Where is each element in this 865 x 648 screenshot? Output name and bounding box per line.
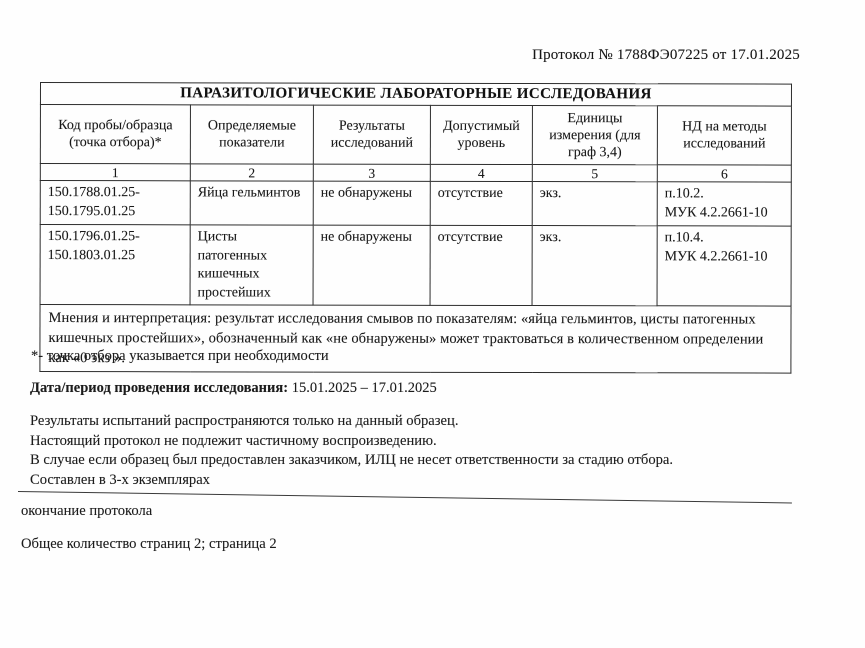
col-num-3: 3 (313, 164, 430, 181)
col-header-allowed-level: Допустимый уровень (430, 105, 532, 164)
cell-indicator: Цисты патогенных кишечных простейших (190, 225, 313, 305)
cell-unit: экз. (532, 226, 657, 306)
protocol-number-header: Протокол № 1788ФЭ07225 от 17.01.2025 (0, 47, 800, 64)
cell-result: не обнаружены (313, 181, 430, 225)
table-header-row: Код пробы/образца (точка отбора)* Опреде… (40, 105, 791, 166)
research-period-label: Дата/период проведения исследования: (30, 380, 288, 396)
note-line: Настоящий протокол не подлежит частичном… (30, 432, 673, 452)
col-header-units: Единицы измерения (для граф 3,4) (532, 106, 657, 165)
lab-results-table: ПАРАЗИТОЛОГИЧЕСКИЕ ЛАБОРАТОРНЫЕ ИССЛЕДОВ… (39, 82, 792, 374)
table-row: 150.1788.01.25-150.1795.01.25 Яйца гельм… (40, 181, 791, 227)
table-title: ПАРАЗИТОЛОГИЧЕСКИЕ ЛАБОРАТОРНЫЕ ИССЛЕДОВ… (40, 83, 791, 107)
research-period-line: Дата/период проведения исследования: 15.… (30, 380, 437, 397)
note-line: В случае если образец был предоставлен з… (30, 451, 673, 471)
col-num-2: 2 (190, 164, 313, 181)
scanned-protocol-page: Протокол № 1788ФЭ07225 от 17.01.2025 ПАР… (0, 0, 865, 648)
disclaimer-notes: Результаты испытаний распространяются то… (30, 412, 673, 490)
cell-allowed-level: отсутствие (430, 225, 532, 305)
col-header-results: Результаты исследований (313, 105, 430, 164)
cell-allowed-level: отсутствие (430, 181, 532, 225)
col-num-1: 1 (40, 164, 190, 181)
col-header-sample-code: Код пробы/образца (точка отбора)* (40, 105, 190, 164)
column-number-row: 1 2 3 4 5 6 (40, 164, 791, 183)
cell-unit: экз. (532, 182, 657, 226)
col-num-5: 5 (532, 165, 657, 182)
research-period-value: 15.01.2025 – 17.01.2025 (288, 380, 437, 396)
col-num-6: 6 (657, 165, 791, 182)
note-line: Составлен в 3-х экземплярах (30, 471, 673, 491)
cell-sample-code: 150.1796.01.25-150.1803.01.25 (40, 225, 190, 305)
table-row: 150.1796.01.25-150.1803.01.25 Цисты пато… (40, 225, 791, 307)
end-of-protocol-label: окончание протокола (21, 503, 152, 520)
table-title-row: ПАРАЗИТОЛОГИЧЕСКИЕ ЛАБОРАТОРНЫЕ ИССЛЕДОВ… (40, 83, 791, 107)
cell-method-doc: п.10.2. МУК 4.2.2661-10 (657, 182, 791, 226)
sampling-point-footnote: *- точка отбора указывается при необходи… (31, 348, 329, 365)
col-header-method-docs: НД на методы исследований (657, 106, 791, 165)
col-num-4: 4 (430, 164, 532, 181)
cell-indicator: Яйца гельминтов (190, 181, 313, 225)
end-of-protocol-divider (18, 491, 792, 503)
col-header-indicators: Определяемые показатели (190, 105, 313, 164)
cell-result: не обнаружены (313, 225, 430, 305)
cell-sample-code: 150.1788.01.25-150.1795.01.25 (40, 181, 190, 225)
cell-method-doc: п.10.4. МУК 4.2.2661-10 (657, 226, 791, 306)
page-count-line: Общее количество страниц 2; страница 2 (21, 536, 277, 553)
note-line: Результаты испытаний распространяются то… (30, 412, 673, 432)
